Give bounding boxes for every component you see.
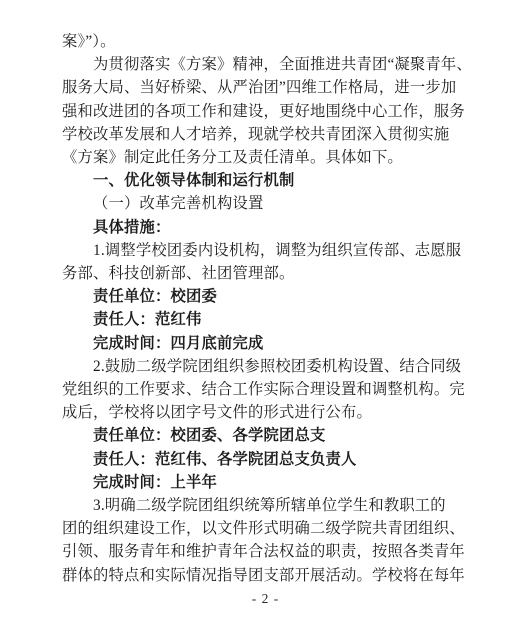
completion-time-line: 完成时间：上半年 bbox=[62, 471, 467, 494]
responsible-unit-line: 责任单位：校团委 bbox=[62, 285, 467, 308]
completion-time-line: 完成时间：四月底前完成 bbox=[62, 332, 467, 355]
sub-section-heading: （一）改革完善机构设置 bbox=[62, 192, 467, 215]
doc-line: 团的组织建设工作，以文件形式明确二级学院共青团组织、 bbox=[62, 517, 467, 540]
doc-line: 引领、服务青年和维护青年合法权益的职责，按照各类青年 bbox=[62, 540, 467, 563]
doc-line-paragraph-start: 为贯彻落实《方案》精神，全面推进共青团“凝聚青年、 bbox=[62, 53, 467, 76]
doc-line-item-3: 3.明确二级学院团组织统筹所辖单位学生和教职工的 bbox=[62, 494, 467, 517]
doc-line-continuation: 案》”）。 bbox=[62, 30, 467, 53]
responsible-person-line: 责任人：范红伟 bbox=[62, 308, 467, 331]
doc-line-item-1: 1.调整学校团委内设机构，调整为组织宣传部、志愿服 bbox=[62, 239, 467, 262]
responsible-unit-line: 责任单位：校团委、各学院团总支 bbox=[62, 424, 467, 447]
doc-line: 群体的特点和实际情况指导团支部开展活动。学校将在每年 bbox=[62, 564, 467, 587]
doc-line: 强和改进团的各项工作和建设，更好地围绕中心工作，服务 bbox=[62, 100, 467, 123]
page-number: - 2 - bbox=[0, 591, 531, 607]
doc-line: 服务大局、当好桥梁、从严治团”四维工作格局，进一步加 bbox=[62, 76, 467, 99]
document-page: 案》”）。 为贯彻落实《方案》精神，全面推进共青团“凝聚青年、 服务大局、当好桥… bbox=[0, 0, 531, 642]
doc-line: 务部、科技创新部、社团管理部。 bbox=[62, 262, 467, 285]
doc-line: 成后，学校将以团字号文件的形式进行公布。 bbox=[62, 401, 467, 424]
responsible-person-line: 责任人：范红伟、各学院团总支负责人 bbox=[62, 448, 467, 471]
doc-line: 党组织的工作要求、结合工作实际合理设置和调整机构。完 bbox=[62, 378, 467, 401]
doc-line: 学校改革发展和人才培养，现就学校共青团深入贯彻实施 bbox=[62, 123, 467, 146]
section-heading: 一、优化领导体制和运行机制 bbox=[62, 169, 467, 192]
doc-line-item-2: 2.鼓励二级学院团组织参照校团委机构设置、结合同级 bbox=[62, 355, 467, 378]
measures-label: 具体措施： bbox=[62, 216, 467, 239]
document-body: 案》”）。 为贯彻落实《方案》精神，全面推进共青团“凝聚青年、 服务大局、当好桥… bbox=[62, 30, 467, 587]
doc-line: 《方案》制定此任务分工及责任清单。具体如下。 bbox=[62, 146, 467, 169]
